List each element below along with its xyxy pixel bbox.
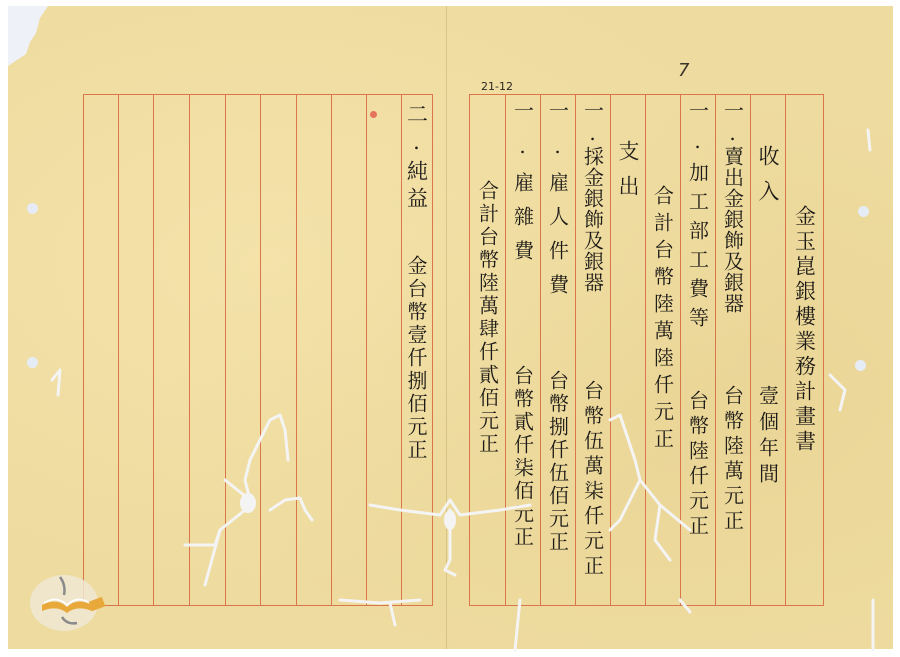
- income-item-label: 一.賣出金銀飾及銀器: [723, 100, 743, 314]
- punch-hole: [858, 206, 869, 217]
- income-item-label: 一.加工部工費等: [688, 100, 708, 336]
- center-fold: [446, 6, 447, 649]
- expense-item-amount: 台幣伍萬柒仟元正: [583, 380, 603, 580]
- document-title: 金玉崑銀樓業務計畫書: [794, 205, 815, 455]
- income-item-amount: 台幣陸仟元正: [688, 390, 708, 540]
- expense-item-label: 一.採金銀飾及銀器: [583, 100, 603, 293]
- title-column: 金玉崑銀樓業務計畫書: [785, 95, 823, 605]
- income-total: 合計台幣陸萬陸仟元正: [653, 185, 673, 455]
- net-profit-label: 二.純益: [406, 103, 427, 214]
- right-ruled-grid: 金玉崑銀樓業務計畫書 收入 壹個年間 一.賣出金銀飾及銀器 台幣陸萬元正 一.加…: [469, 94, 824, 606]
- expense-item-3: 一.雇雜費 台幣貳仟柒佰元正: [505, 95, 540, 605]
- expense-item-amount: 台幣貳仟柒佰元正: [513, 365, 533, 549]
- expense-total: 合計台幣陸萬肆仟貳佰元正: [478, 180, 498, 456]
- income-item-1: 一.賣出金銀飾及銀器 台幣陸萬元正: [715, 95, 750, 605]
- expense-item-2: 一.雇人件費 台幣捌仟伍佰元正: [540, 95, 575, 605]
- income-period: 壹個年間: [758, 385, 778, 489]
- expense-item-label: 一.雇雜費: [513, 100, 533, 274]
- expense-header: 支出: [617, 140, 638, 210]
- expense-item-amount: 台幣捌仟伍佰元正: [548, 370, 568, 554]
- page-mark: 7: [678, 60, 689, 81]
- punch-hole: [855, 360, 866, 371]
- punch-hole: [27, 357, 38, 368]
- net-profit-amount: 金台幣壹仟捌佰元正: [406, 255, 426, 462]
- expense-item-label: 一.雇人件費: [548, 100, 568, 308]
- expense-item-1: 一.採金銀飾及銀器 台幣伍萬柒仟元正: [575, 95, 610, 605]
- net-profit-column: 二.純益 金台幣壹仟捌佰元正: [400, 95, 432, 605]
- left-ruled-grid: 二.純益 金台幣壹仟捌佰元正: [83, 94, 433, 606]
- income-item-amount: 台幣陸萬元正: [723, 385, 743, 535]
- income-item-2: 一.加工部工費等 台幣陸仟元正: [680, 95, 715, 605]
- archive-logo-icon: [22, 565, 112, 635]
- expense-header-column: 支出: [610, 95, 645, 605]
- income-total-column: 合計台幣陸萬陸仟元正: [645, 95, 680, 605]
- income-header-column: 收入 壹個年間: [750, 95, 785, 605]
- page-number-mark: 21-12: [481, 80, 513, 93]
- income-header: 收入: [757, 145, 778, 215]
- punch-hole: [27, 203, 38, 214]
- expense-total-column: 合計台幣陸萬肆仟貳佰元正: [470, 95, 505, 605]
